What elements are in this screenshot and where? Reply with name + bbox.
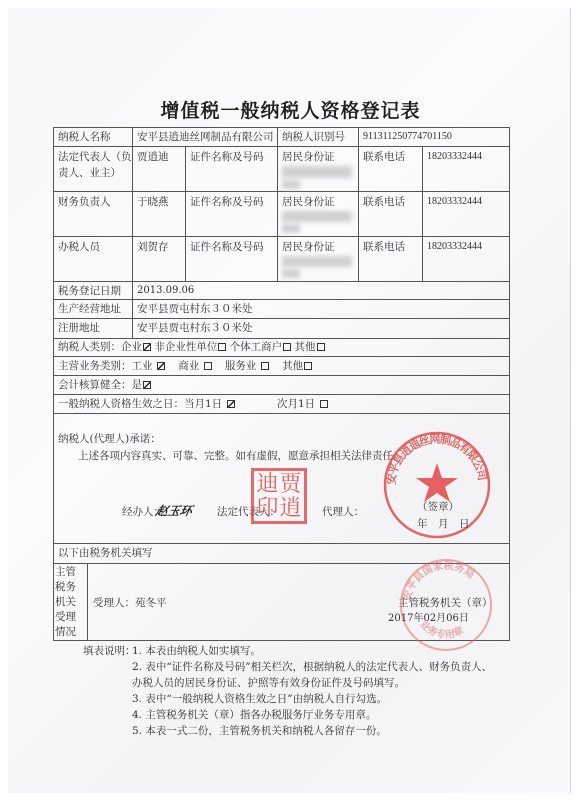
- tax-officer-cert-type: 居民身份证: [282, 240, 335, 254]
- accounting-option-yes: 是: [132, 379, 143, 391]
- tax-officer-phone-label: 联系电话: [363, 240, 405, 254]
- seal-char: 迪: [256, 473, 279, 497]
- category-option-enterprise: 企业: [121, 341, 142, 353]
- row-line: [53, 318, 510, 319]
- checkbox-enterprise[interactable]: [143, 343, 151, 351]
- row-line: [53, 191, 510, 192]
- side-label-line: 情况: [55, 625, 85, 640]
- category-option-non-enterprise: 非企业性单位: [154, 341, 217, 353]
- col-line: [422, 146, 423, 281]
- checkbox-category-other[interactable]: [317, 343, 325, 351]
- effective-date-next: 次月1日: [277, 397, 328, 411]
- tax-officer-cert-number-redacted: [282, 269, 300, 278]
- row-line: [53, 356, 510, 357]
- side-label-line: 主管: [55, 565, 85, 580]
- seal-char: 贾: [279, 473, 302, 497]
- authority-date: 2017年02月06日: [388, 612, 469, 626]
- taxpayer-category-label: 纳税人类别：: [58, 341, 121, 353]
- promise-text: 上述各项内容真实、可靠、完整。如有虚假，愿意承担相关法律责任。: [78, 449, 404, 463]
- taxpayer-name-label: 纳税人名称: [58, 130, 111, 144]
- tax-officer-name: 刘贺存: [137, 240, 169, 254]
- instruction-item: 1. 本表由纳税人如实填写。: [132, 644, 261, 658]
- side-label-line: 税务: [55, 580, 85, 595]
- business-option-commerce: 商业: [178, 360, 199, 372]
- business-option-other: 其他: [282, 360, 303, 372]
- side-label-line: 受理: [55, 610, 85, 625]
- legal-rep-cert-type: 居民身份证: [282, 150, 335, 164]
- finance-name: 于晓燕: [137, 195, 169, 209]
- star-icon: [416, 463, 458, 502]
- registered-address-label: 注册地址: [58, 321, 100, 335]
- finance-role: 财务负责人: [58, 195, 111, 209]
- legal-rep-cert-number-redacted: [282, 166, 352, 178]
- taxpayer-id-value: 911311250774701150: [363, 130, 452, 144]
- row-line: [53, 338, 510, 339]
- authority-seal-label: 主管税务机关（章）: [398, 596, 493, 610]
- registration-date-label: 税务登记日期: [58, 284, 121, 298]
- business-option-industry: 工业: [132, 360, 153, 372]
- receiver-row: 受理人：苑冬平: [93, 596, 167, 610]
- authority-section-heading: 以下由税务机关填写: [58, 546, 153, 560]
- legal-rep-name: 贾逍迪: [137, 150, 169, 164]
- row-line: [53, 394, 510, 395]
- seal-char: 印: [256, 497, 279, 521]
- handler-signature: 赵玉环: [154, 502, 194, 519]
- checkbox-next-month[interactable]: [320, 400, 328, 408]
- receiver-label: 受理人：: [93, 597, 135, 609]
- finance-cert-number-redacted: [282, 224, 300, 233]
- finance-cert-number-redacted: [282, 211, 352, 222]
- business-category-label: 主营业务类别：: [58, 360, 132, 372]
- instructions-label: 填表说明：: [83, 644, 136, 658]
- seal-char: 逍: [279, 497, 302, 521]
- checkbox-accounting-yes[interactable]: [143, 381, 151, 389]
- effective-date-row: 一般纳税人资格生效之日：当月1日: [58, 397, 235, 411]
- finance-phone: 18203332444: [427, 195, 482, 209]
- checkbox-service[interactable]: [261, 362, 269, 370]
- instruction-item: 办税人员的居民身份证、护照等有效身份证件及号码填写。: [132, 676, 405, 690]
- registration-date-value: 2013.09.06: [137, 284, 194, 298]
- col-line: [277, 127, 278, 281]
- side-label-line: 机关: [55, 595, 85, 610]
- instruction-item: 4. 主管税务机关（章）指各办税服务厅业务专用章。: [132, 708, 376, 722]
- receiver-name: 苑冬平: [135, 597, 167, 609]
- row-line: [53, 543, 510, 544]
- legal-rep-role-line2: 责人、业主）: [58, 166, 121, 180]
- checkbox-commerce[interactable]: [204, 362, 212, 370]
- effective-option-next-month: 次月1日: [277, 398, 315, 410]
- instruction-item: 5. 本表一式二份，主管税务机关和纳税人各留存一份。: [132, 724, 387, 738]
- registered-address-value: 安平县贾屯村东３０米处: [137, 321, 253, 335]
- finance-cert-type: 居民身份证: [282, 195, 335, 209]
- accounting-row: 会计核算健全：是: [58, 378, 151, 392]
- effective-date-label: 一般纳税人资格生效之日：: [58, 398, 184, 410]
- legal-rep-cert-number-redacted: [282, 180, 300, 189]
- instruction-item: 3. 表中“一般纳税人资格生效之日”由纳税人自行勾选。: [132, 692, 387, 706]
- col-line: [87, 563, 88, 640]
- accounting-label: 会计核算健全：: [58, 379, 132, 391]
- checkbox-non-enterprise[interactable]: [218, 343, 226, 351]
- row-line: [53, 299, 510, 300]
- business-address-label: 生产经营地址: [58, 302, 121, 316]
- legal-rep-seal: 迪 贾 印 逍: [251, 468, 307, 524]
- taxpayer-category-row: 纳税人类别：企业 非企业性单位 个体工商户 其他: [58, 340, 325, 354]
- taxpayer-id-label: 纳税人识别号: [282, 130, 345, 144]
- document-title: 增值税一般纳税人资格登记表: [0, 96, 581, 123]
- checkbox-individual[interactable]: [283, 343, 291, 351]
- finance-phone-label: 联系电话: [363, 195, 405, 209]
- seal-label: （签章）: [417, 500, 459, 514]
- legal-rep-cert-label: 证件名称及号码: [190, 150, 264, 164]
- business-option-service: 服务业: [225, 360, 257, 372]
- category-option-individual: 个体工商户: [230, 341, 283, 353]
- row-line: [53, 281, 510, 282]
- agent-label: 代理人：: [322, 505, 364, 519]
- checkbox-industry[interactable]: [157, 362, 165, 370]
- taxpayer-name-value: 安平县逍迪丝网制品有限公司: [137, 130, 274, 144]
- business-category-row: 主营业务类别：工业 商业 服务业 其他: [58, 359, 312, 373]
- row-line: [53, 413, 510, 414]
- tax-officer-role: 办税人员: [58, 240, 100, 254]
- col-line: [185, 146, 186, 281]
- col-line: [132, 127, 133, 338]
- effective-option-current-month: 当月1日: [184, 398, 222, 410]
- legal-rep-role-line1: 法定代表人（负: [58, 150, 132, 164]
- finance-cert-label: 证件名称及号码: [190, 195, 264, 209]
- business-address-value: 安平县贾屯村东３０米处: [137, 302, 253, 316]
- promise-date-placeholder: 年 月 日: [417, 517, 470, 531]
- legal-rep-phone: 18203332444: [427, 150, 482, 164]
- legal-rep-phone-label: 联系电话: [363, 150, 405, 164]
- promise-heading: 纳税人(代理人)承诺：: [58, 432, 161, 446]
- col-line: [358, 127, 359, 281]
- tax-officer-phone: 18203332444: [427, 240, 482, 254]
- category-option-other: 其他: [295, 341, 316, 353]
- checkbox-business-other[interactable]: [304, 362, 312, 370]
- row-line: [53, 236, 510, 237]
- tax-officer-cert-number-redacted: [282, 256, 352, 267]
- row-line: [53, 127, 510, 128]
- instruction-item: 2. 表中“证件名称及号码”相关栏次，根据纳税人的法定代表人、财务负责人、: [132, 660, 492, 674]
- authority-side-label: 主管 税务 机关 受理 情况: [55, 565, 85, 640]
- checkbox-current-month[interactable]: [227, 400, 235, 408]
- tax-officer-cert-label: 证件名称及号码: [190, 240, 264, 254]
- row-line: [53, 146, 510, 147]
- row-line: [53, 375, 510, 376]
